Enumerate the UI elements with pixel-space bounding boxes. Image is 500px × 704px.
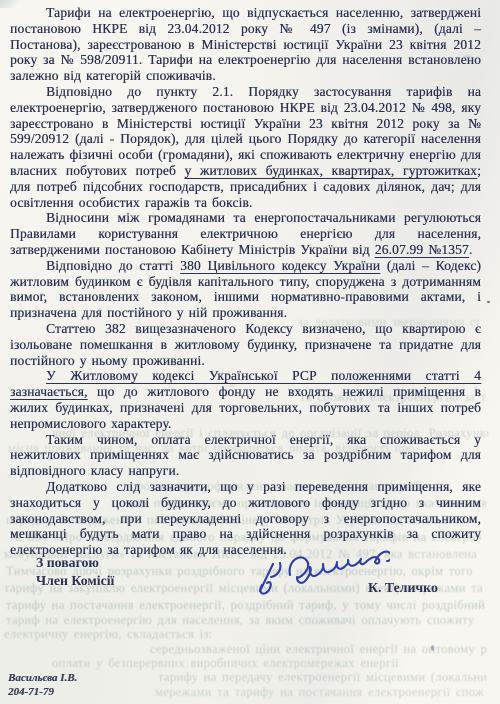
para-article-382: Статтею 382 вищезазначеного Кодексу визн…	[10, 321, 481, 368]
text-segment: Тарифи на електроенергію, що відпускаєть…	[10, 5, 481, 83]
scan-speckle	[487, 301, 490, 303]
closing-phrase: З повагою	[36, 554, 114, 572]
text-segment: Відповідно до статті	[46, 258, 180, 273]
para-housing-code-article-4: У Житловому кодексі Української РСР поло…	[10, 368, 481, 431]
signature-block: З повагою Член Комісії К. Теличко	[0, 546, 500, 636]
letter-body: Тарифи на електроенергію, що відпускаєть…	[0, 0, 500, 558]
signatory-title: Член Комісії	[36, 572, 114, 590]
text-segment: .	[469, 242, 473, 257]
bleed-through-line: тарифу на передачу електроенергії місцев…	[158, 671, 486, 684]
scan-speckle	[463, 55, 472, 59]
para-procedure-2-1: Відповідно до пункту 2.1. Порядку застос…	[10, 84, 481, 210]
scan-speckle	[431, 645, 434, 651]
executor-name: Васильєва І.В.	[8, 672, 77, 686]
executor-phone: 204-71-79	[8, 686, 77, 700]
bleed-through-line: середньозваженої ціни електричної енергі…	[150, 643, 488, 656]
text-segment: Статтею 382 вищезазначеного Кодексу визн…	[10, 321, 481, 368]
underlined-text: 26.07.99 №1357	[375, 242, 469, 257]
underlined-text: у житлових будинках, квартирах, гуртожит…	[184, 163, 477, 178]
bleed-through-line: мережами та тарифу на постачання електро…	[155, 686, 485, 699]
para-article-380: Відповідно до статті 380 Цивільного коде…	[10, 258, 481, 321]
text-segment: Таким чином, оплата електричної енергії,…	[10, 432, 481, 479]
signature-closing: З повагою Член Комісії	[36, 554, 114, 589]
para-relations-rules: Відносини між громадянами та енергопоста…	[10, 210, 481, 257]
underlined-text: 380 Цивільного кодексу України	[180, 258, 380, 273]
signatory-name: К. Теличко	[368, 580, 438, 596]
scanned-letter-page: за додатковими зверненнями споживачів та…	[0, 0, 500, 704]
para-tariffs-approved: Тарифи на електроенергію, що відпускаєть…	[10, 5, 481, 84]
bleed-through-line: оплати у безперервних виробничих електро…	[52, 657, 440, 670]
executor-footer: Васильєва І.В. 204-71-79	[8, 672, 77, 699]
para-conclusion-retail-tariff: Таким чином, оплата електричної енергії,…	[10, 432, 481, 479]
